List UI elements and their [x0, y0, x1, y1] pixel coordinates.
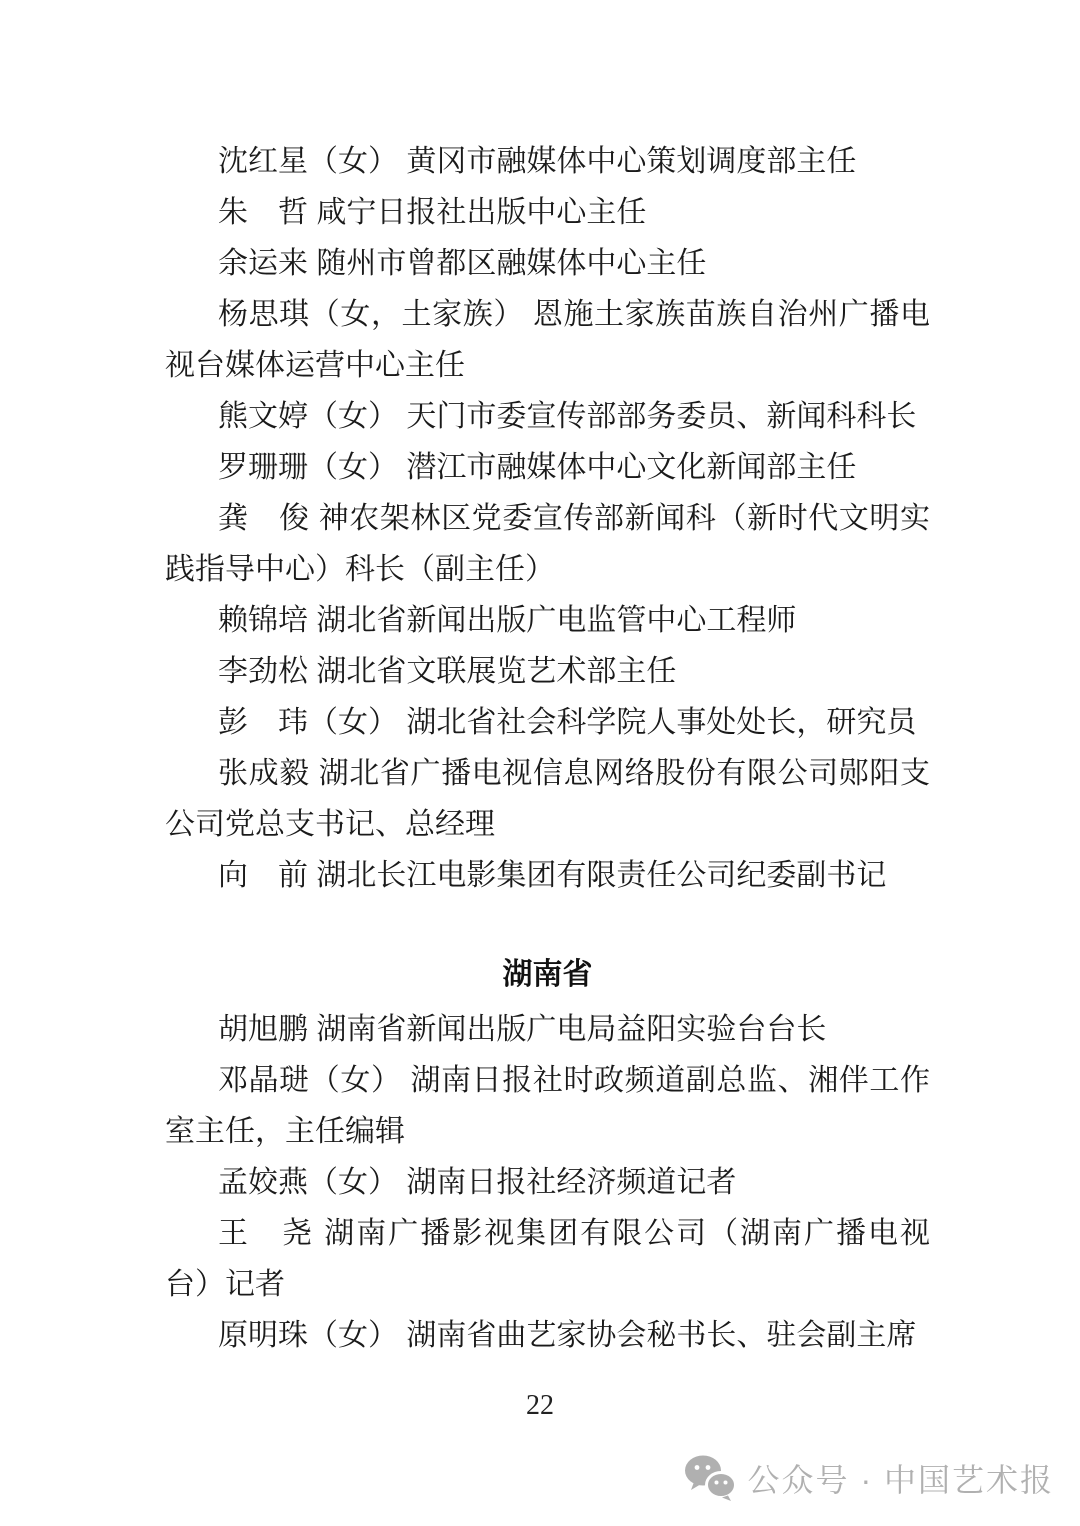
- list-entry: 熊文婷（女） 天门市委宣传部部务委员、新闻科科长: [165, 391, 930, 442]
- document-page: 沈红星（女） 黄冈市融媒体中心策划调度部主任 朱 哲 咸宁日报社出版中心主任 余…: [0, 0, 1080, 1526]
- list-entry: 杨思琪（女，土家族） 恩施土家族苗族自治州广播电视台媒体运营中心主任: [165, 289, 930, 391]
- list-entry: 原明珠（女） 湖南省曲艺家协会秘书长、驻会副主席: [165, 1310, 930, 1361]
- list-entry: 邓晶琎（女） 湖南日报社时政频道副总监、湘伴工作室主任，主任编辑: [165, 1055, 930, 1157]
- list-entry: 王 尧 湖南广播影视集团有限公司（湖南广播电视台）记者: [165, 1208, 930, 1310]
- list-entry: 余运来 随州市曾都区融媒体中心主任: [165, 238, 930, 289]
- list-entry: 龚 俊 神农架林区党委宣传部新闻科（新时代文明实践指导中心）科长（副主任）: [165, 493, 930, 595]
- list-entry: 彭 玮（女） 湖北省社会科学院人事处处长，研究员: [165, 697, 930, 748]
- list-entry: 李劲松 湖北省文联展览艺术部主任: [165, 646, 930, 697]
- footer-label: 公众号 · 中国艺术报: [748, 1455, 1054, 1501]
- list-entry: 赖锦培 湖北省新闻出版广电监管中心工程师: [165, 595, 930, 646]
- list-entry: 罗珊珊（女） 潜江市融媒体中心文化新闻部主任: [165, 442, 930, 493]
- list-entry: 张成毅 湖北省广播电视信息网络股份有限公司郧阳支公司党总支书记、总经理: [165, 748, 930, 850]
- wechat-icon: [684, 1455, 736, 1501]
- list-entry: 朱 哲 咸宁日报社出版中心主任: [165, 187, 930, 238]
- footer-watermark: 公众号 · 中国艺术报: [684, 1452, 1054, 1504]
- list-entry: 孟姣燕（女） 湖南日报社经济频道记者: [165, 1157, 930, 1208]
- list-entry: 胡旭鹏 湖南省新闻出版广电局益阳实验台台长: [165, 1004, 930, 1055]
- name-list: 沈红星（女） 黄冈市融媒体中心策划调度部主任 朱 哲 咸宁日报社出版中心主任 余…: [165, 136, 930, 1361]
- section-title-hunan: 湖南省: [165, 949, 930, 1000]
- page-number: 22: [0, 1390, 1080, 1422]
- list-entry: 沈红星（女） 黄冈市融媒体中心策划调度部主任: [165, 136, 930, 187]
- list-entry: 向 前 湖北长江电影集团有限责任公司纪委副书记: [165, 850, 930, 901]
